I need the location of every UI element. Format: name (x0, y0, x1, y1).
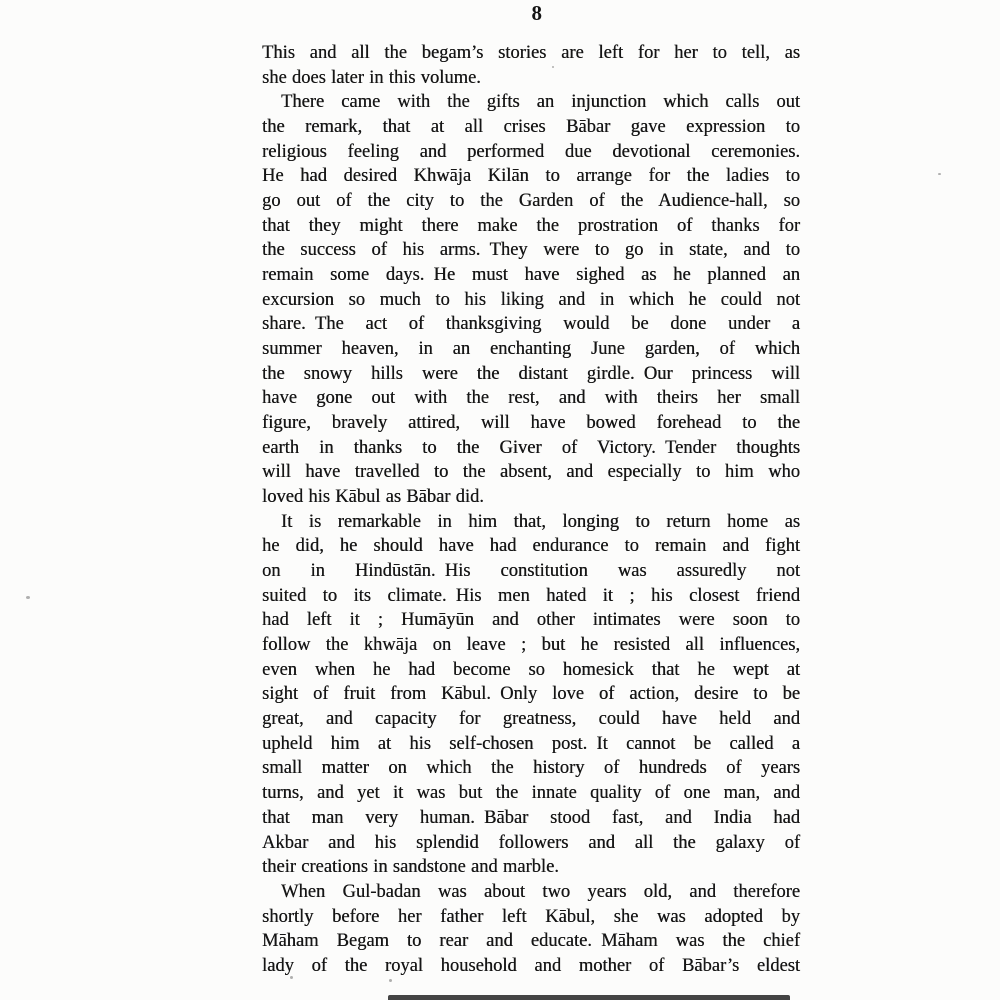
scan-speck (938, 173, 941, 175)
text-line: Akbar and his splendid followers and all… (262, 831, 800, 856)
text-line: their creations in sandstone and marble. (262, 855, 800, 880)
scan-speck (290, 976, 293, 979)
text-line: remain some days. He must have sighed as… (262, 263, 800, 288)
text-line: loved his Kābul as Bābar did. (262, 485, 800, 510)
scan-speck (26, 596, 30, 599)
text-line: It is remarkable in him that, longing to… (262, 510, 800, 535)
text-line: suited to its climate. His men hated it … (262, 584, 800, 609)
text-line: that they might there make the prostrati… (262, 214, 800, 239)
text-line: had left it ; Humāyūn and other intimate… (262, 608, 800, 633)
text-line: the remark, that at all crises Bābar gav… (262, 115, 800, 140)
text-line: upheld him at his self-chosen post. It c… (262, 732, 800, 757)
text-line: have gone out with the rest, and with th… (262, 386, 800, 411)
text-line: Māham Begam to rear and educate. Māham w… (262, 929, 800, 954)
text-line: religious feeling and performed due devo… (262, 140, 800, 165)
text-line: that man very human. Bābar stood fast, a… (262, 806, 800, 831)
book-page: 8 This and all the begam’s stories are l… (0, 0, 1000, 1000)
text-line: follow the khwāja on leave ; but he resi… (262, 633, 800, 658)
text-line: figure, bravely attired, will have bowed… (262, 411, 800, 436)
text-line: share. The act of thanksgiving would be … (262, 312, 800, 337)
text-line: There came with the gifts an injunction … (262, 90, 800, 115)
text-line: great, and capacity for greatness, could… (262, 707, 800, 732)
text-line: sight of fruit from Kābul. Only love of … (262, 682, 800, 707)
text-line: will have travelled to the absent, and e… (262, 460, 800, 485)
text-line: the success of his arms. They were to go… (262, 238, 800, 263)
text-line: summer heaven, in an enchanting June gar… (262, 337, 800, 362)
text-line: go out of the city to the Garden of the … (262, 189, 800, 214)
text-line: shortly before her father left Kābul, sh… (262, 905, 800, 930)
text-line: earth in thanks to the Giver of Victory.… (262, 436, 800, 461)
text-line: she does later in this volume. (262, 66, 800, 91)
text-line: When Gul-badan was about two years old, … (262, 880, 800, 905)
page-number: 8 (262, 1, 812, 26)
text-line: lady of the royal household and mother o… (262, 954, 800, 979)
text-line: excursion so much to his liking and in w… (262, 288, 800, 313)
text-line: turns, and yet it was but the innate qua… (262, 781, 800, 806)
text-line: small matter on which the history of hun… (262, 756, 800, 781)
scan-speck (552, 66, 554, 68)
text-line: he did, he should have had endurance to … (262, 534, 800, 559)
body-text-block: This and all the begam’s stories are lef… (262, 41, 800, 979)
text-line: the snowy hills were the distant girdle.… (262, 362, 800, 387)
page-bottom-scan-artifact (388, 995, 790, 1000)
text-line: This and all the begam’s stories are lef… (262, 41, 800, 66)
text-line: He had desired Khwāja Kilān to arrange f… (262, 164, 800, 189)
text-line: on in Hindūstān. His constitution was as… (262, 559, 800, 584)
text-line: even when he had become so homesick that… (262, 658, 800, 683)
scan-speck (389, 979, 392, 982)
